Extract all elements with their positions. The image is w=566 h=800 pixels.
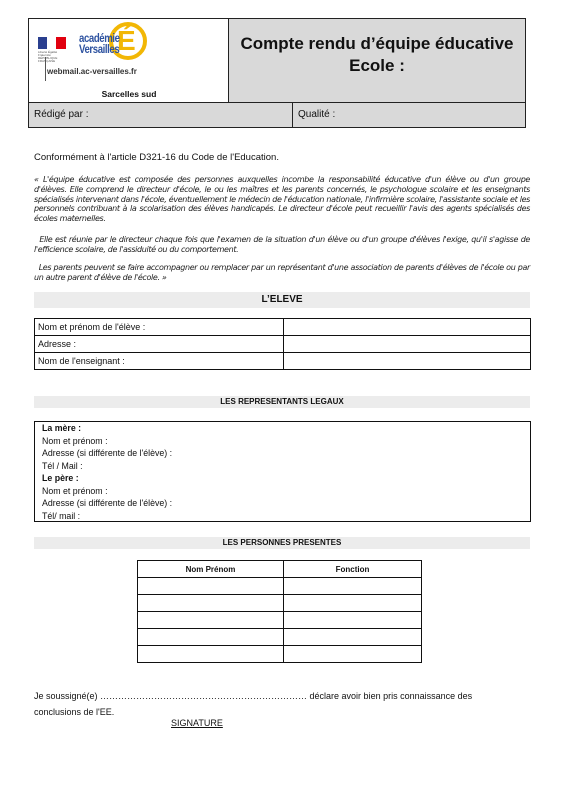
table-row	[138, 646, 422, 663]
signature-label: SIGNATURE	[171, 718, 223, 728]
section-representants-title: LES REPRESENTANTS LEGAUX	[34, 396, 530, 408]
eleve-nom-label: Nom et prénom de l'élève :	[35, 319, 284, 336]
eleve-adresse-label: Adresse :	[35, 336, 284, 353]
title-line2: Ecole :	[229, 55, 525, 77]
table-row	[138, 629, 422, 646]
declaration-text: Je soussigné(e) …………………………………………………………… …	[34, 688, 514, 720]
cell-nom[interactable]	[138, 595, 284, 612]
mere-nom-label: Nom et prénom :	[42, 435, 530, 448]
logo-divider	[45, 57, 46, 81]
redige-par-label: Rédigé par :	[34, 109, 88, 120]
academie-logo-text: académie Versailles	[79, 33, 120, 55]
table-row	[138, 612, 422, 629]
cell-fonction[interactable]	[284, 595, 422, 612]
legal-reference: Conformément à l'article D321-16 du Code…	[34, 152, 279, 163]
qualite-label: Qualité :	[298, 109, 335, 120]
cell-nom[interactable]	[138, 629, 284, 646]
quote-paragraph-2: Elle est réunie par le directeur chaque …	[34, 235, 530, 255]
title-line1: Compte rendu d’équipe éducative	[229, 33, 525, 55]
mere-heading: La mère :	[42, 422, 530, 435]
quote-paragraph-3: Les parents peuvent se faire accompagner…	[34, 263, 530, 283]
column-header-nom: Nom Prénom	[138, 561, 284, 578]
table-row	[138, 595, 422, 612]
academie-line2: Versailles	[79, 44, 120, 55]
eleve-adresse-field[interactable]	[284, 336, 531, 353]
eleve-enseignant-field[interactable]	[284, 353, 531, 370]
author-row: Rédigé par : Qualité :	[28, 103, 526, 128]
table-row	[138, 578, 422, 595]
quote-paragraph-3-text: Les parents peuvent se faire accompagner…	[34, 263, 530, 282]
pere-tel-label: Tél/ mail :	[42, 510, 530, 523]
school-name: Sarcelles sud	[29, 89, 229, 99]
mere-tel-label: Tél / Mail :	[42, 460, 530, 473]
qualite-field[interactable]: Qualité :	[293, 103, 525, 127]
webmail-link[interactable]: webmail.ac-versailles.fr	[47, 67, 137, 76]
quote-paragraph-2-text: Elle est réunie par le directeur chaque …	[34, 235, 530, 254]
cell-nom[interactable]	[138, 612, 284, 629]
eleve-nom-field[interactable]	[284, 319, 531, 336]
cell-fonction[interactable]	[284, 578, 422, 595]
table-row: Adresse :	[35, 336, 531, 353]
cell-nom[interactable]	[138, 646, 284, 663]
eleve-enseignant-label: Nom de l'enseignant :	[35, 353, 284, 370]
pere-heading: Le père :	[42, 472, 530, 485]
section-eleve-title: L’ELEVE	[34, 292, 530, 308]
mere-adresse-label: Adresse (si différente de l'élève) :	[42, 447, 530, 460]
pere-adresse-label: Adresse (si différente de l'élève) :	[42, 497, 530, 510]
header-logo-cell: Liberté Égalité Fraternité RÉPUBLIQUE FR…	[28, 18, 228, 103]
document-title: Compte rendu d’équipe éducative Ecole :	[228, 18, 526, 103]
eleve-table: Nom et prénom de l'élève : Adresse : Nom…	[34, 318, 531, 370]
cell-fonction[interactable]	[284, 629, 422, 646]
cell-fonction[interactable]	[284, 612, 422, 629]
pere-nom-label: Nom et prénom :	[42, 485, 530, 498]
table-header-row: Nom Prénom Fonction	[138, 561, 422, 578]
cell-nom[interactable]	[138, 578, 284, 595]
republique-flag-icon	[38, 37, 66, 49]
quote-paragraph-1: « L'équipe éducative est composée des pe…	[34, 175, 530, 224]
section-personnes-title: LES PERSONNES PRESENTES	[34, 537, 530, 549]
cell-fonction[interactable]	[284, 646, 422, 663]
redige-par-field[interactable]: Rédigé par :	[29, 103, 293, 127]
representants-box[interactable]: La mère : Nom et prénom : Adresse (si di…	[34, 421, 531, 522]
personnes-table: Nom Prénom Fonction	[137, 560, 422, 663]
column-header-fonction: Fonction	[284, 561, 422, 578]
flag-caption: Liberté Égalité Fraternité RÉPUBLIQUE FR…	[38, 51, 68, 57]
table-row: Nom et prénom de l'élève :	[35, 319, 531, 336]
table-row: Nom de l'enseignant :	[35, 353, 531, 370]
